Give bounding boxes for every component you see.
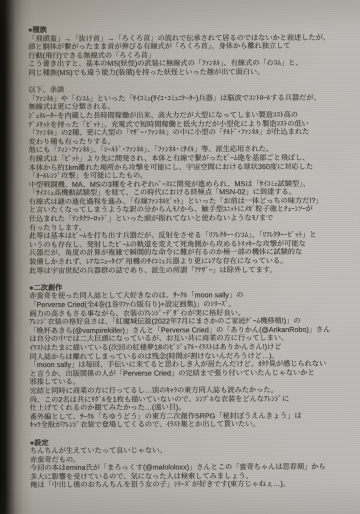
text-line: 同じ種族(MS)でも違う能力(装備)を持った妖怪といった趣が出て面白い。 <box>28 68 348 78</box>
text-line: ｷｬﾗ全般がｱﾚﾝｼﾞ衣装で登場してくるので、ｲﾗｽﾄ集とか出して貰いたい。 <box>30 420 350 430</box>
text-line: 此等は宇宙世紀の兵器群の話であり、派生の所謂「ｱﾅｻﾞｰ」は除外してます。 <box>29 265 349 275</box>
section-settings: ●設定 ちんちんが生えていたって良いじゃない。 赤蛮奇だもの。 今回の本はemi… <box>30 437 350 490</box>
afterword-text-block: ●種族 「飛頭蛮」→「抜け首」→「ろくろ首」の流れで伝承されて居るのではないかと… <box>28 25 350 490</box>
scanned-page-photo: ●種族 「飛頭蛮」→「抜け首」→「ろくろ首」の流れで伝承されて居るのではないかと… <box>0 0 360 514</box>
aside-paragraph: 以下、余談 「ﾌｧﾝﾈﾙ」や「ｲﾝｺﾑ」といった「ｻｲｺﾐｭ(ｻｲｺ･ｺﾐｭﾆｹ… <box>28 85 349 275</box>
section-species: ●種族 「飛頭蛮」→「抜け首」→「ろくろ首」の流れで伝承されて居るのではないかと… <box>28 25 349 276</box>
text-line: 俺は「中出し後のおちんちんを狙う女の子」ｼﾘｰｽﾞが好きです(東方じゃねぇ…)。 <box>30 480 350 490</box>
section-fan-works: ●二次創作 赤蛮奇を使った同人誌として大好きなのは、ｻｰｸﾙ「moon sall… <box>29 282 350 429</box>
